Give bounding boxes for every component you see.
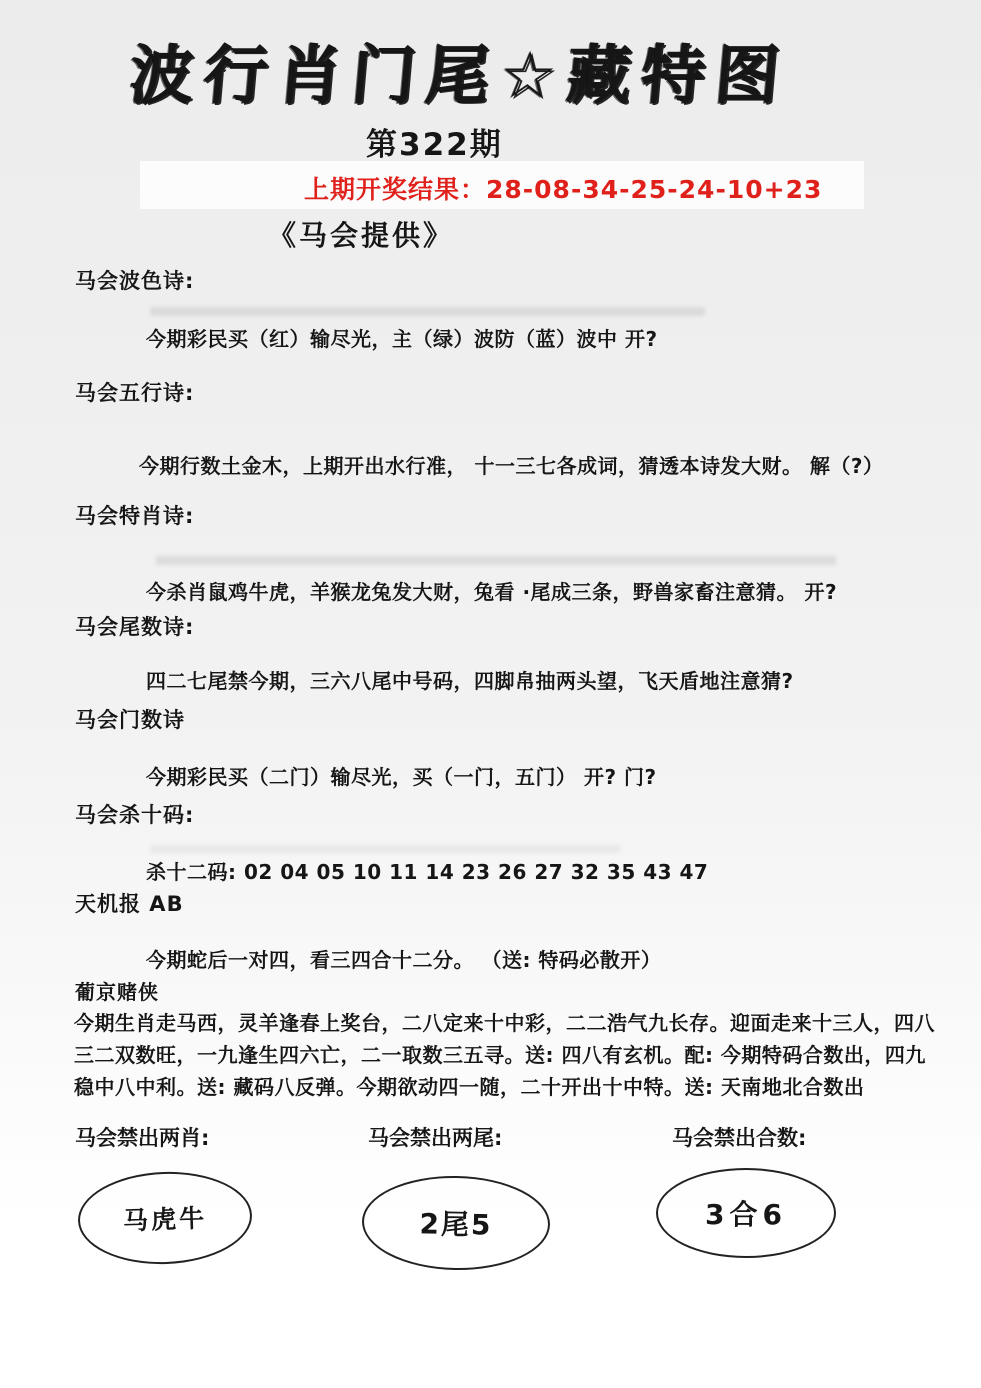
scan-artifact xyxy=(156,556,836,565)
tianji-report-text: 今期蛇后一对四，看三四合十二分。 （送: 特码必散开） xyxy=(146,944,661,973)
forbidden-sum-label: 马会禁出合数: xyxy=(672,1122,806,1152)
forbidden-sum-value: 3合6 xyxy=(705,1193,787,1233)
issue-number: 第322期 xyxy=(366,119,503,164)
tail-number-poem-text: 四二七尾禁今期，三六八尾中号码，四脚帛抽两头望，飞天盾地注意猜? xyxy=(146,665,794,694)
forbidden-zodiac-oval: 马虎牛 xyxy=(76,1169,253,1267)
last-draw-result: 上期开奖结果：28-08-34-25-24-10+23 xyxy=(304,170,822,206)
killed-numbers-text: 杀十二码: 02 04 05 10 11 14 23 26 27 32 35 4… xyxy=(146,856,708,885)
forbidden-sum-oval: 3合6 xyxy=(656,1168,836,1258)
section-label-gate-number-poem: 马会门数诗 xyxy=(75,704,185,734)
section-label-special-zodiac-poem: 马会特肖诗: xyxy=(75,500,194,530)
section-label-tianji-report: 天机报 AB xyxy=(75,888,184,918)
lottery-tip-sheet: 波行肖门尾☆藏特图 第322期 上期开奖结果：28-08-34-25-24-10… xyxy=(0,0,981,1388)
forbidden-tail-oval: 2尾5 xyxy=(361,1174,551,1271)
section-label-five-elements-poem: 马会五行诗: xyxy=(75,377,194,407)
forbidden-tail-value: 2尾5 xyxy=(419,1202,493,1243)
section-label-pujing-gambler: 葡京赌侠 xyxy=(75,976,159,1005)
provider-heading: 《马会提供》 xyxy=(268,214,454,254)
scan-artifact xyxy=(150,307,705,316)
forbidden-zodiac-value: 马虎牛 xyxy=(122,1199,207,1238)
forbidden-tail-label: 马会禁出两尾: xyxy=(368,1122,502,1152)
scan-artifact xyxy=(150,845,620,853)
page-title: 波行肖门尾☆藏特图 xyxy=(126,24,793,116)
pujing-line: 三二双数旺，一九逢生四六亡，二一取数三五寻。送: 四八有玄机。配: 今期特码合数… xyxy=(74,1039,942,1071)
special-zodiac-poem-text: 今杀肖鼠鸡牛虎，羊猴龙兔发大财，兔看 ·尾成三条，野兽家畜注意猜。 开? xyxy=(146,576,837,605)
section-label-killed-numbers: 马会杀十码: xyxy=(75,799,194,829)
section-label-wave-color-poem: 马会波色诗: xyxy=(75,265,194,295)
section-label-tail-number-poem: 马会尾数诗: xyxy=(75,611,194,641)
pujing-line: 今期生肖走马西，灵羊逢春上奖台，二八定来十中彩，二二浩气九长存。迎面走来十三人，… xyxy=(74,1007,942,1039)
forbidden-zodiac-label: 马会禁出两肖: xyxy=(75,1122,209,1152)
gate-number-poem-text: 今期彩民买（二门）输尽光，买（一门，五门） 开? 门? xyxy=(146,761,657,790)
pujing-line: 稳中八中利。送: 藏码八反弹。今期欲动四一随，二十开出十中特。送: 天南地北合数… xyxy=(74,1071,942,1103)
five-elements-poem-text: 今期行数土金木，上期开出水行准， 十一三七各成词，猜透本诗发大财。 解（?） xyxy=(139,450,884,479)
wave-color-poem-text: 今期彩民买（红）输尽光，主（绿）波防（蓝）波中 开? xyxy=(146,323,658,352)
pujing-gambler-paragraph: 今期生肖走马西，灵羊逢春上奖台，二八定来十中彩，二二浩气九长存。迎面走来十三人，… xyxy=(74,1007,942,1103)
